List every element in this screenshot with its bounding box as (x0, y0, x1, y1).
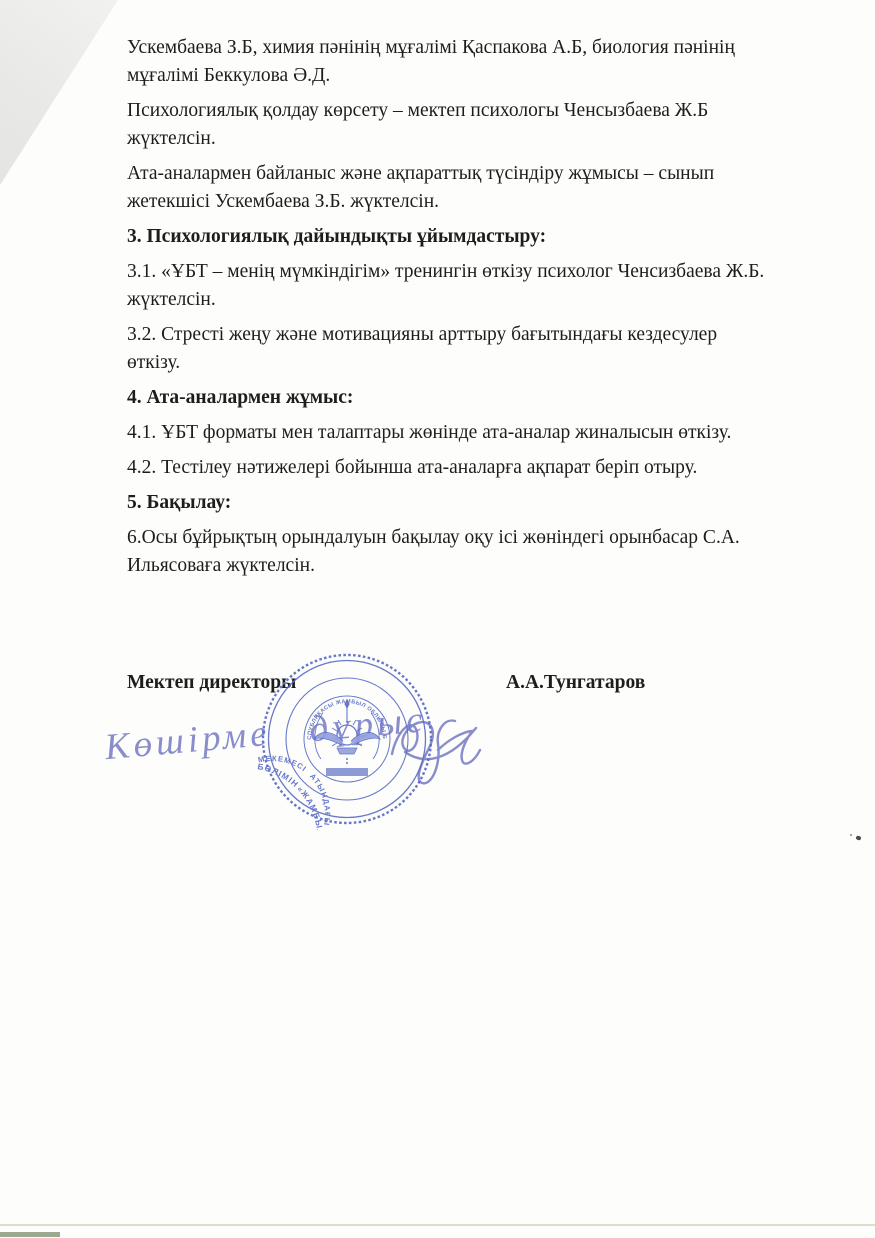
paragraph: 3.2. Стресті жеңу және мотивацияны артты… (127, 321, 839, 377)
director-name: А.А.Тунгатаров (506, 672, 645, 694)
scanned-document-page: Ускембаева З.Б, химия пәнінің мұғалімі Қ… (0, 0, 875, 1238)
stamp-outer-dotted-border (263, 655, 431, 823)
official-stamp: «ЖАМБЫЛ ОБЛЫСЫ ӘКІМДІГІНІҢ БІЛІМ БАСҚАРМ… (256, 648, 438, 830)
stamp-border (269, 661, 426, 818)
paragraph: 4.2. Тестілеу нәтижелері бойынша ата-ана… (127, 454, 839, 482)
scan-edge-line (0, 1224, 875, 1226)
scan-corner-artifact (0, 1232, 60, 1237)
section-heading: 4. Ата-аналармен жұмыс: (127, 384, 839, 412)
paragraph: Ата-аналармен байланыс және ақпараттық т… (127, 160, 839, 216)
section-heading: 5. Бақылау: (127, 489, 839, 517)
paragraph: Психологиялық қолдау көрсету – мектеп пс… (127, 97, 839, 153)
document-body: Ускембаева З.Б, химия пәнінің мұғалімі Қ… (127, 34, 839, 587)
paragraph: Ускембаева З.Б, химия пәнінің мұғалімі Қ… (127, 34, 839, 90)
paragraph: 6.Осы бұйрықтың орындалуын бақылау оқу і… (127, 524, 839, 580)
paragraph: 4.1. ҰБТ форматы мен талаптары жөнінде а… (127, 419, 839, 447)
page-corner-fold-shadow (0, 0, 130, 190)
ink-speck (855, 835, 861, 840)
section-heading: 3. Психологиялық дайындықты ұйымдастыру: (127, 223, 839, 251)
ink-speck (850, 834, 852, 836)
paragraph: 3.1. «ҰБТ – менің мүмкіндігім» тренингін… (127, 258, 839, 314)
